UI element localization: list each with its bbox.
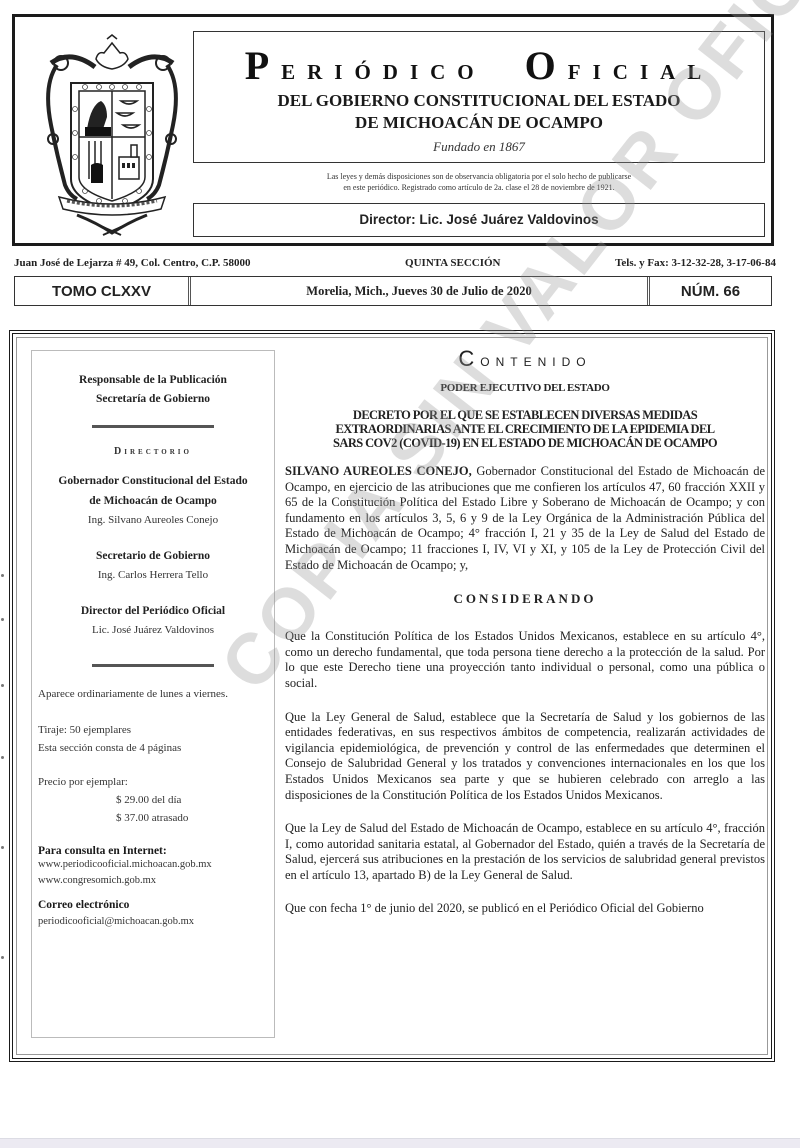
- directory-heading: Directorio: [32, 446, 274, 457]
- directory-name: Ing. Silvano Aureoles Conejo: [32, 511, 274, 530]
- title-word-oficial: ficial: [568, 53, 714, 86]
- contents-rest: ontenido: [480, 351, 591, 370]
- email-label: Correo electrónico: [32, 899, 274, 911]
- info-line: Juan José de Lejarza # 49, Col. Centro, …: [14, 254, 776, 272]
- page-count: Esta sección consta de 4 páginas: [32, 739, 274, 757]
- title-word-periodico: eriódico: [281, 53, 486, 86]
- decree-title-line-1: DECRETO POR EL QUE SE ESTABLECEN DIVERSA…: [285, 408, 765, 422]
- bottom-bar: [0, 1138, 800, 1148]
- price-late: $ 37.00 atrasado: [32, 809, 274, 827]
- price-label: Precio por ejemplar:: [32, 773, 274, 791]
- website-link[interactable]: www.periodicooficial.michoacan.gob.mx: [32, 857, 274, 873]
- decree-title-line-3: SARS COV2 (COVID-19) EN EL ESTADO DE MIC…: [285, 436, 765, 450]
- internet-label: Para consulta en Internet:: [32, 845, 274, 857]
- address: Juan José de Lejarza # 49, Col. Centro, …: [14, 257, 251, 269]
- phone-fax: Tels. y Fax: 3-12-32-28, 3-17-06-84: [615, 257, 776, 269]
- responsible-line-2: Secretaría de Gobierno: [32, 390, 274, 409]
- contents-column: Contenido PODER EJECUTIVO DEL ESTADO DEC…: [285, 344, 765, 1044]
- intro-text: Gobernador Constitucional del Estado de …: [285, 464, 765, 572]
- website-link[interactable]: www.congresomich.gob.mx: [32, 873, 274, 889]
- responsible-heading: Responsable de la Publicación Secretaría…: [32, 371, 274, 409]
- director-box: Director: Lic. José Juárez Valdovinos: [193, 203, 765, 237]
- masthead: Periódico Oficial DEL GOBIERNO CONSTITUC…: [12, 14, 774, 246]
- directory-role: Secretario de Gobierno: [32, 546, 274, 566]
- subtitle-line-1: DEL GOBIERNO CONSTITUCIONAL DEL ESTADO: [194, 91, 764, 111]
- divider: [92, 664, 214, 667]
- responsible-line-1: Responsable de la Publicación: [32, 371, 274, 390]
- directory-name: Lic. José Juárez Valdovinos: [32, 621, 274, 640]
- print-run: Tiraje: 50 ejemplares: [32, 721, 274, 739]
- directory-role: Gobernador Constitucional del Estado de …: [32, 471, 274, 511]
- directory-role: Director del Periódico Oficial: [32, 601, 274, 621]
- section-heading: PODER EJECUTIVO DEL ESTADO: [285, 382, 765, 394]
- email-link[interactable]: periodicooficial@michoacan.gob.mx: [32, 914, 274, 930]
- volume-label: TOMO CLXXV: [15, 277, 191, 305]
- body-paragraph: Que la Ley General de Salud, establece q…: [285, 710, 765, 804]
- scan-edge-marks: [0, 560, 6, 1020]
- decree-title: DECRETO POR EL QUE SE ESTABLECEN DIVERSA…: [285, 408, 765, 450]
- contents-initial: C: [458, 346, 480, 371]
- body-paragraph: Que la Constitución Política de los Esta…: [285, 629, 765, 691]
- divider: [92, 425, 214, 428]
- price-day: $ 29.00 del día: [32, 791, 274, 809]
- page-body: Responsable de la Publicación Secretaría…: [9, 330, 775, 1062]
- issue-bar: TOMO CLXXV Morelia, Mich., Jueves 30 de …: [14, 276, 772, 306]
- legal-note: Las leyes y demás disposiciones son de o…: [193, 171, 765, 193]
- directory-name: Ing. Carlos Herrera Tello: [32, 566, 274, 585]
- considerando-heading: CONSIDERANDO: [285, 591, 765, 607]
- contents-heading: Contenido: [285, 346, 765, 372]
- section-label: QUINTA SECCIÓN: [405, 257, 500, 269]
- title-initial-o: O: [525, 43, 568, 88]
- subtitle-line-2: DE MICHOACÁN DE OCAMPO: [194, 113, 764, 133]
- publication-frequency: Aparece ordinariamente de lunes a vierne…: [32, 685, 274, 703]
- directory-sidebar: Responsable de la Publicación Secretaría…: [31, 350, 275, 1038]
- legal-note-line-1: Las leyes y demás disposiciones son de o…: [193, 171, 765, 182]
- role-line-1: Gobernador Constitucional del Estado: [32, 471, 274, 491]
- newspaper-title: Periódico Oficial: [194, 42, 764, 89]
- title-box: Periódico Oficial DEL GOBIERNO CONSTITUC…: [193, 31, 765, 163]
- coat-of-arms-icon: [37, 29, 187, 239]
- decree-title-line-2: EXTRAORDINARIAS ANTE EL CRECIMIENTO DE L…: [285, 422, 765, 436]
- intro-paragraph: SILVANO AUREOLES CONEJO, Gobernador Cons…: [285, 464, 765, 573]
- title-initial-p: P: [245, 43, 281, 88]
- issue-number: NÚM. 66: [647, 277, 771, 305]
- role-line-2: de Michoacán de Ocampo: [32, 491, 274, 511]
- body-paragraph: Que con fecha 1° de junio del 2020, se p…: [285, 901, 765, 917]
- governor-name: SILVANO AUREOLES CONEJO,: [285, 464, 472, 478]
- legal-note-line-2: en este periódico. Registrado como artíc…: [193, 182, 765, 193]
- issue-date: Morelia, Mich., Jueves 30 de Julio de 20…: [191, 277, 647, 305]
- founded-year: Fundado en 1867: [194, 139, 764, 155]
- body-paragraph: Que la Ley de Salud del Estado de Michoa…: [285, 821, 765, 883]
